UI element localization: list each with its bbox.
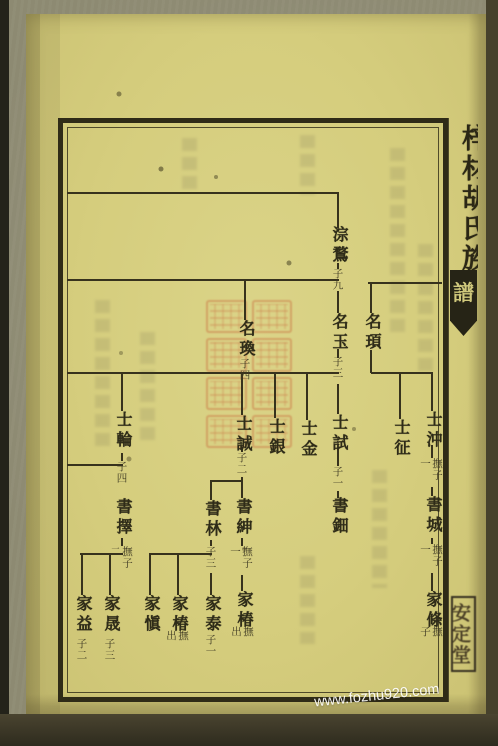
connector-line-h xyxy=(67,192,339,194)
tree-node: 名瑍 xyxy=(235,320,258,360)
connector-line-v xyxy=(337,291,339,313)
tree-node: 名頊 xyxy=(361,313,384,353)
connector-line-v xyxy=(241,538,243,546)
node-annotation: 子一 xyxy=(205,634,217,657)
node-annotation: 子三 xyxy=(104,638,116,661)
bleedthrough-ghost xyxy=(140,332,155,440)
seal-glyph xyxy=(252,377,293,410)
connector-line-v xyxy=(370,350,372,373)
connector-line-v xyxy=(177,554,179,595)
tree-node: 士誠 xyxy=(232,415,255,455)
node-annotation: 子一 xyxy=(332,466,344,489)
tree-node: 淙鶩 xyxy=(328,226,351,266)
bleedthrough-ghost xyxy=(372,470,387,588)
bleedthrough-ghost xyxy=(95,300,110,448)
tree-node: 士試 xyxy=(328,414,351,454)
connector-line-v xyxy=(241,477,243,498)
tree-node: 書擇 xyxy=(112,498,135,538)
connector-line-v xyxy=(399,373,401,419)
connector-line-v xyxy=(431,373,433,411)
node-annotation: 撫子一 xyxy=(419,544,443,570)
connector-line-v xyxy=(121,538,123,546)
connector-line-v xyxy=(370,283,372,313)
tree-node: 士金 xyxy=(297,420,320,460)
node-annotation: 子二 xyxy=(236,452,248,475)
node-annotation: 子二 xyxy=(76,638,88,661)
tree-node: 書林 xyxy=(201,500,224,540)
connector-line-h xyxy=(149,553,212,555)
connector-line-v xyxy=(121,453,123,461)
tree-node: 家椿 xyxy=(168,595,191,635)
node-annotation: 撫子一 xyxy=(229,546,253,572)
tree-node: 家晟 xyxy=(100,595,123,635)
tree-node: 書紳 xyxy=(232,498,255,538)
connector-line-v xyxy=(274,373,276,418)
node-annotation: 子三 xyxy=(332,356,344,379)
connector-line-h xyxy=(368,282,442,284)
tree-node: 書城 xyxy=(422,496,445,536)
scan-bottom-edge xyxy=(0,714,498,746)
tree-node: 家愼 xyxy=(140,595,163,635)
connector-line-v xyxy=(149,554,151,595)
connector-line-h xyxy=(371,372,433,374)
genealogy-tree: 淙鶩名玉名瑍名頊士輪士誠士銀士金士試士征士沖書擇書林書紳書鈿書城家益家晟家愼家椿… xyxy=(0,0,498,746)
node-annotation: 子四 xyxy=(239,358,251,381)
bleedthrough-ghost xyxy=(182,138,197,190)
node-annotation: 子九 xyxy=(332,268,344,291)
connector-line-v xyxy=(210,573,212,595)
connector-line-h xyxy=(67,279,339,281)
connector-line-v xyxy=(210,480,212,500)
connector-line-v xyxy=(81,554,83,595)
bleedthrough-ghost xyxy=(300,135,315,195)
bleedthrough-ghost xyxy=(418,244,433,372)
node-annotation: 子三 xyxy=(205,546,217,569)
tree-node: 家益 xyxy=(72,595,95,635)
node-annotation: 撫子二 xyxy=(109,546,133,572)
ink-stains xyxy=(0,0,2,2)
scanned-genealogy-page: 梓材胡氏族 譜 安定堂 淙鶩名玉名瑍名頊士輪士誠士銀士金士試士征士沖書擇書林書紳… xyxy=(0,0,498,746)
bleedthrough-ghost xyxy=(390,148,405,333)
connector-line-h xyxy=(210,480,243,482)
tree-node: 家泰 xyxy=(201,595,224,635)
tree-node: 士銀 xyxy=(265,418,288,458)
connector-line-v xyxy=(121,373,123,411)
node-annotation: 子四 xyxy=(116,461,128,484)
connector-line-v xyxy=(337,193,339,228)
tree-node: 書鈿 xyxy=(328,497,351,537)
tree-node: 家椿 xyxy=(233,591,256,631)
tree-node: 名玉 xyxy=(328,313,351,353)
tree-node: 士沖 xyxy=(422,411,445,451)
connector-line-v xyxy=(337,384,339,414)
connector-line-v xyxy=(431,573,433,591)
tree-node: 士征 xyxy=(390,419,413,459)
connector-line-v xyxy=(241,575,243,591)
connector-line-v xyxy=(244,281,246,320)
tree-node: 家條 xyxy=(422,591,445,631)
connector-line-v xyxy=(306,373,308,420)
connector-line-h xyxy=(67,372,339,374)
connector-line-v xyxy=(431,487,433,496)
node-annotation: 撫子一 xyxy=(419,458,443,484)
tree-node: 士輪 xyxy=(112,411,135,451)
bleedthrough-ghost xyxy=(300,556,315,644)
